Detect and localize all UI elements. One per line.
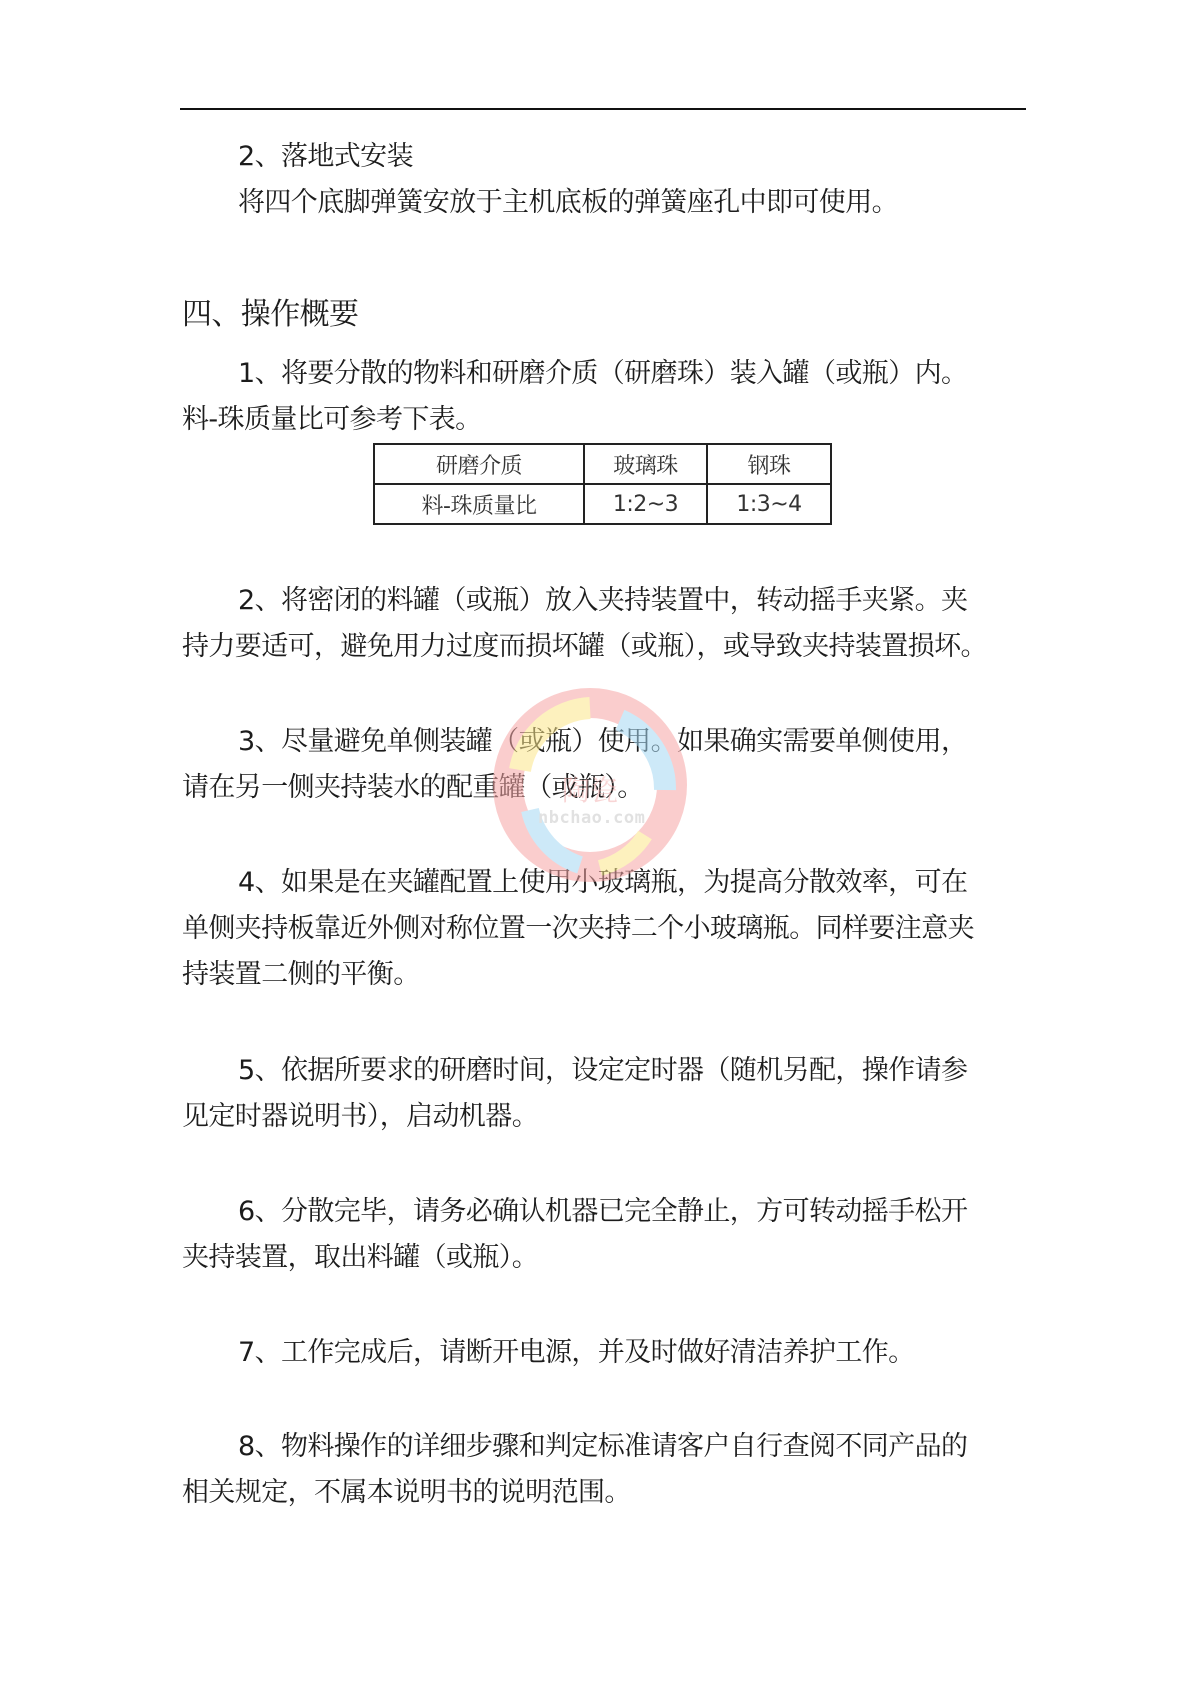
step-8-line-2: 相关规定，不属本说明书的说明范围。 bbox=[182, 1476, 631, 1510]
table-header-cell: 钢珠 bbox=[707, 444, 831, 484]
subsection-title: 2、落地式安装 bbox=[238, 140, 413, 174]
watermark-text: nbchao.com bbox=[538, 808, 645, 828]
table-row: 料-珠质量比 1:2~3 1:3~4 bbox=[374, 484, 831, 524]
step-5-line-1: 5、依据所要求的研磨时间，设定定时器（随机另配，操作请参 bbox=[238, 1054, 967, 1088]
step-1-line-1: 1、将要分散的物料和研磨介质（研磨珠）装入罐（或瓶）内。 bbox=[238, 357, 967, 391]
table-cell: 1:3~4 bbox=[707, 484, 831, 524]
step-8-line-1: 8、物料操作的详细步骤和判定标准请客户自行查阅不同产品的 bbox=[238, 1430, 967, 1464]
step-2-line-2: 持力要适可，避免用力过度而损坏罐（或瓶），或导致夹持装置损坏。 bbox=[182, 630, 987, 664]
table-header-cell: 研磨介质 bbox=[374, 444, 584, 484]
step-1-line-2: 料-珠质量比可参考下表。 bbox=[182, 403, 482, 437]
step-5-line-2: 见定时器说明书），启动机器。 bbox=[182, 1100, 538, 1134]
step-6-line-2: 夹持装置，取出料罐（或瓶）。 bbox=[182, 1241, 538, 1275]
step-4-line-1: 4、如果是在夹罐配置上使用小玻璃瓶，为提高分散效率，可在 bbox=[238, 866, 967, 900]
step-3-line-2: 请在另一侧夹持装水的配重罐（或瓶）。 bbox=[182, 771, 644, 805]
step-7-line-1: 7、工作完成后，请断开电源，并及时做好清洁养护工作。 bbox=[238, 1336, 915, 1370]
bead-ratio-table: 研磨介质 玻璃珠 钢珠 料-珠质量比 1:2~3 1:3~4 bbox=[373, 443, 832, 525]
header-rule bbox=[180, 108, 1026, 110]
table-header-row: 研磨介质 玻璃珠 钢珠 bbox=[374, 444, 831, 484]
step-2-line-1: 2、将密闭的料罐（或瓶）放入夹持装置中，转动摇手夹紧。夹 bbox=[238, 584, 967, 618]
document-page: 2、落地式安装 将四个底脚弹簧安放于主机底板的弹簧座孔中即可使用。 四、操作概要… bbox=[0, 0, 1200, 1696]
section-heading: 四、操作概要 bbox=[182, 298, 358, 332]
step-3-line-1: 3、尽量避免单侧装罐（或瓶）使用。如果确实需要单侧使用， bbox=[238, 725, 967, 759]
step-6-line-1: 6、分散完毕，请务必确认机器已完全静止，方可转动摇手松开 bbox=[238, 1195, 967, 1229]
table-cell: 1:2~3 bbox=[584, 484, 707, 524]
step-4-line-2: 单侧夹持板靠近外侧对称位置一次夹持二个小玻璃瓶。同样要注意夹 bbox=[182, 912, 974, 946]
table-header-cell: 玻璃珠 bbox=[584, 444, 707, 484]
step-4-line-3: 持装置二侧的平衡。 bbox=[182, 958, 420, 992]
table-cell: 料-珠质量比 bbox=[374, 484, 584, 524]
paragraph-line: 将四个底脚弹簧安放于主机底板的弹簧座孔中即可使用。 bbox=[238, 186, 898, 220]
